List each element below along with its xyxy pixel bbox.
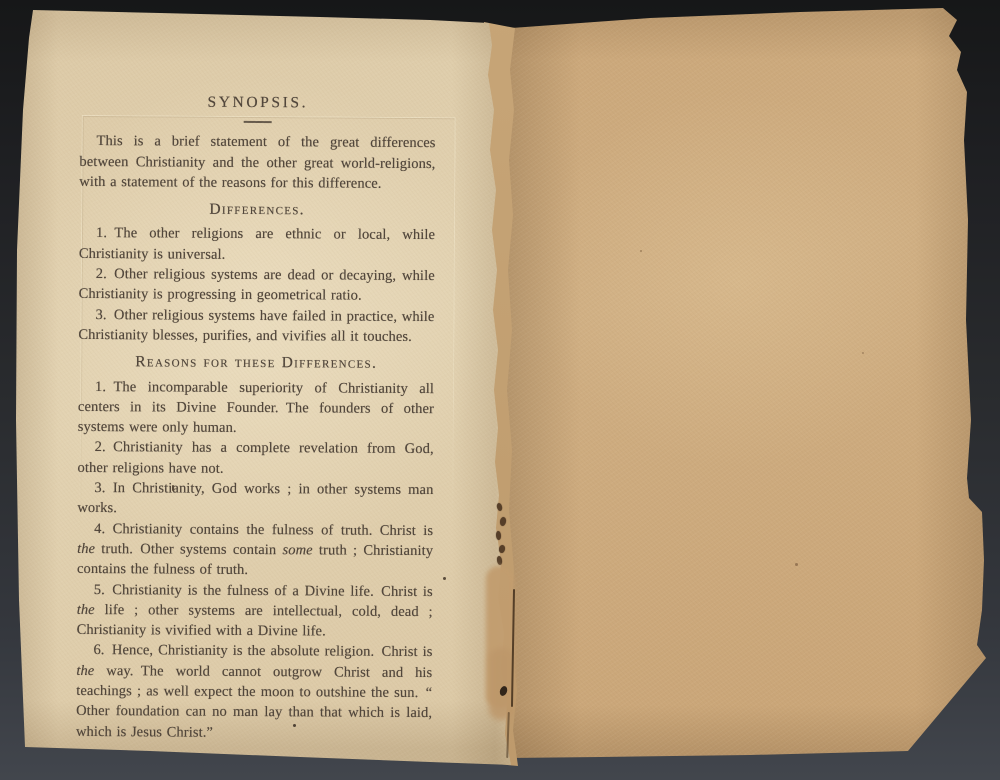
- stitch-mark: [496, 556, 502, 566]
- paper-fleck: [293, 724, 296, 727]
- paper-fleck: [443, 577, 446, 580]
- paper-fleck: [795, 563, 798, 566]
- stitch-mark: [499, 517, 506, 527]
- paper-crack: [506, 712, 510, 758]
- paper-fleck: [640, 250, 642, 252]
- paper-fleck: [172, 485, 174, 491]
- stitch-mark: [496, 502, 503, 511]
- stitch-mark: [496, 531, 502, 540]
- book-photo: SYNOPSIS. This is a brief statement of t…: [0, 0, 1000, 780]
- paper-fleck: [862, 352, 864, 354]
- stitch-mark: [498, 544, 506, 553]
- gutter-stain: [489, 648, 514, 720]
- wear-details: [0, 0, 1000, 780]
